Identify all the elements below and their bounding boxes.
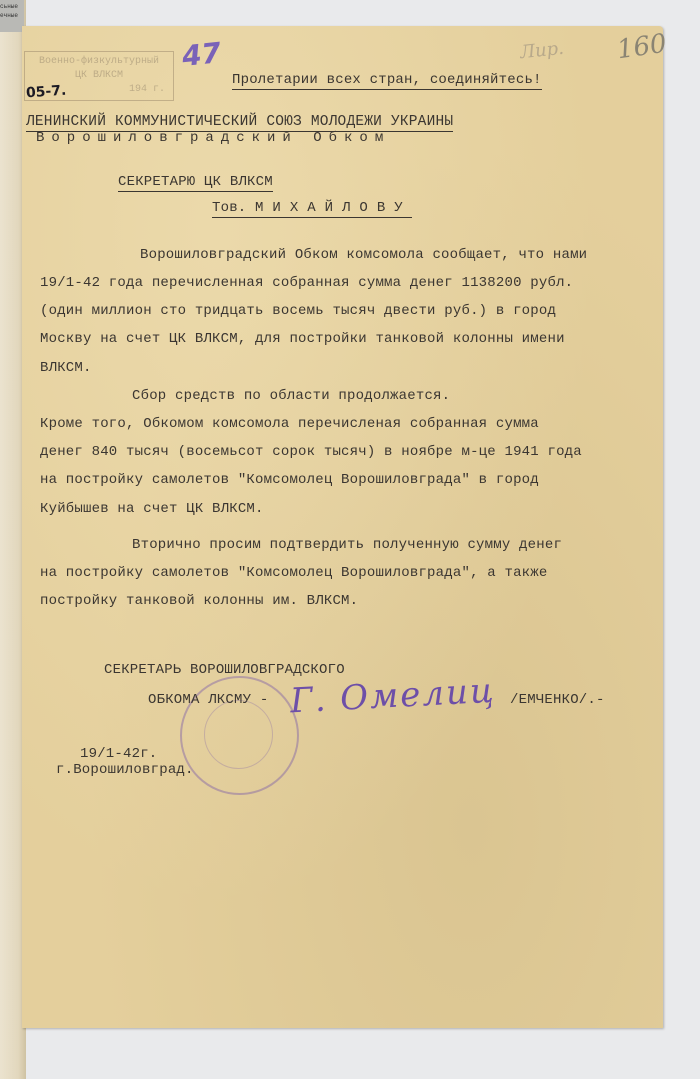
page-number: 160 bbox=[615, 29, 668, 66]
underlying-sheet-label: сьные ечные bbox=[0, 0, 24, 32]
edge-label-line: сьные bbox=[0, 2, 24, 11]
received-stamp-line: Военно-физкультурный bbox=[25, 55, 173, 69]
body-line: Сбор средств по области продолжается. bbox=[132, 388, 450, 404]
body-line: Вторично просим подтвердить полученную с… bbox=[132, 537, 562, 553]
violet-number-annotation: 47 bbox=[180, 36, 222, 73]
document-place: г.Ворошиловград. bbox=[56, 762, 194, 778]
received-stamp-line: ЦК ВЛКСМ bbox=[25, 69, 173, 83]
body-line: Куйбышев на счет ЦК ВЛКСМ. bbox=[40, 501, 264, 517]
body-line: Кроме того, Обкомом комсомола перечислен… bbox=[40, 416, 539, 432]
edge-label-line: ечные bbox=[0, 11, 24, 20]
addressee-prefix: Тов. bbox=[212, 200, 246, 216]
slogan: Пролетарии всех стран, соединяйтесь! bbox=[232, 72, 542, 90]
body-line: денег 840 тысяч (восемьсот сорок тысяч) … bbox=[40, 444, 582, 460]
body-line: на постройку самолетов "Комсомолец Ворош… bbox=[40, 472, 539, 488]
body-line: постройку танковой колонны им. ВЛКСМ. bbox=[40, 593, 358, 609]
signer-title: СЕКРЕТАРЬ ВОРОШИЛОВГРАДСКОГО bbox=[104, 662, 345, 678]
committee-name: Ворошиловградский Обком bbox=[36, 130, 390, 146]
document-date: 19/1-42г. bbox=[80, 746, 157, 762]
addressee-title: СЕКРЕТАРЮ ЦК ВЛКСМ bbox=[118, 174, 273, 192]
body-line: 19/1-42 года перечисленная собранная сум… bbox=[40, 275, 573, 291]
body-line: (один миллион сто тридцать восемь тысяч … bbox=[40, 303, 556, 319]
body-line: Ворошиловградский Обком комсомола сообща… bbox=[140, 247, 587, 263]
addressee-name-line: Тов. МИХАЙЛОВУ bbox=[212, 200, 412, 218]
archive-code: 05-7. bbox=[25, 83, 66, 102]
body-line: ВЛКСМ. bbox=[40, 360, 92, 376]
signer-name: /ЕМЧЕНКО/.- bbox=[510, 692, 605, 708]
addressee-name: МИХАЙЛОВУ bbox=[255, 200, 412, 216]
signer-organization: ОБКОМА ЛКСМУ - bbox=[148, 692, 268, 708]
handwritten-signature: Г. Омелиц bbox=[289, 671, 496, 722]
document-page: Военно-физкультурный ЦК ВЛКСМ 194 г. 47 … bbox=[22, 26, 663, 1028]
body-line: на постройку самолетов "Комсомолец Ворош… bbox=[40, 565, 547, 581]
body-line: Москву на счет ЦК ВЛКСМ, для постройки т… bbox=[40, 331, 565, 347]
pencil-note: Лир. bbox=[519, 38, 565, 63]
